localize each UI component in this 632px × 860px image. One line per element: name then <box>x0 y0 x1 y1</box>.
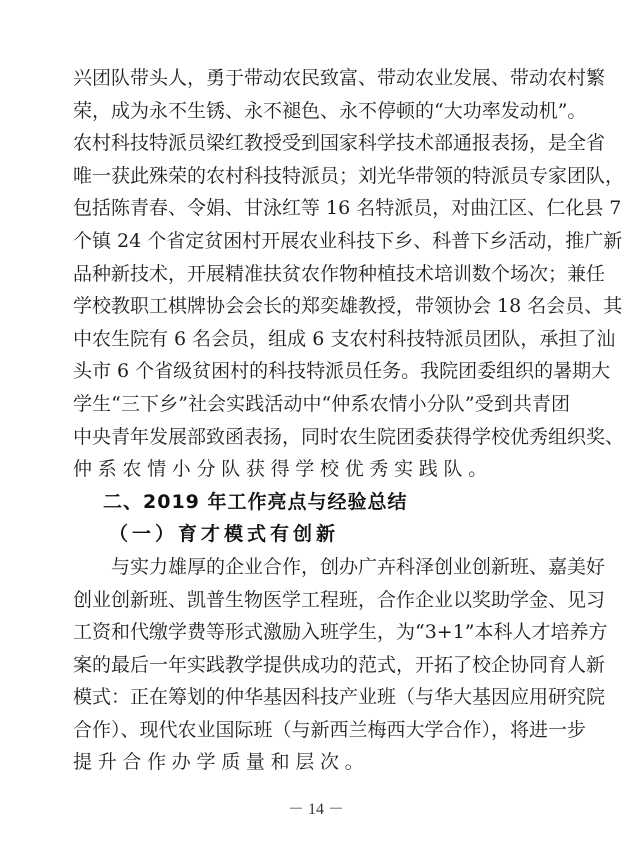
paragraph-talent-model: 与实力雄厚的企业合作，创办广卉科泽创业创新班、嘉美好 创业创新班、凯普生物医学工… <box>73 551 573 779</box>
text-line: 头市 6 个省级贫困村的科技特派员任务。我院团委组织的暑期大 <box>73 355 570 388</box>
text-line: 包括陈青春、令娟、甘泳红等 16 名特派员，对曲江区、仁化县 7 <box>73 192 570 225</box>
text-line: 创业创新班、凯普生物医学工程班，合作企业以奖助学金、见习 <box>73 584 570 617</box>
text-line: 唯一获此殊荣的农村科技特派员；刘光华带领的特派员专家团队， <box>73 160 570 193</box>
text-line: 与实力雄厚的企业合作，创办广卉科泽创业创新班、嘉美好 <box>73 551 570 584</box>
text-line: 提升合作办学质量和层次。 <box>73 746 570 779</box>
paragraph-achievements: 兴团队带头人，勇于带动农民致富、带动农业发展、带动农村繁 荣，成为永不生锈、永不… <box>73 62 573 486</box>
text-line: 兴团队带头人，勇于带动农民致富、带动农业发展、带动农村繁 <box>73 62 570 95</box>
document-page: 兴团队带头人，勇于带动农民致富、带动农业发展、带动农村繁 荣，成为永不生锈、永不… <box>73 62 573 779</box>
text-line: 中农生院有 6 名会员，组成 6 支农村科技特派员团队，承担了汕 <box>73 323 570 356</box>
text-line: 品种新技术，开展精准扶贫农作物种植技术培训数个场次；兼任 <box>73 258 570 291</box>
text-line: 个镇 24 个省定贫困村开展农业科技下乡、科普下乡活动，推广新 <box>73 225 570 258</box>
text-line: 农村科技特派员梁红教授受到国家科学技术部通报表扬，是全省 <box>73 127 570 160</box>
text-line: 合作）、现代农业国际班（与新西兰梅西大学合作），将进一步 <box>73 714 570 747</box>
text-line: 学校教职工棋牌协会会长的郑奕雄教授，带领协会 18 名会员、其 <box>73 290 570 323</box>
text-line: 仲系农情小分队获得学校优秀实践队。 <box>73 453 570 486</box>
text-line: 模式：正在筹划的仲华基因科技产业班（与华大基因应用研究院 <box>73 681 570 714</box>
text-line: 荣，成为永不生锈、永不褪色、永不停顿的“大功率发动机”。 <box>73 95 570 128</box>
section-heading: 二、2019 年工作亮点与经验总结 <box>73 486 573 519</box>
text-line: 案的最后一年实践教学提供成功的范式，开拓了校企协同育人新 <box>73 649 570 682</box>
text-line: 中央青年发展部致函表扬，同时农生院团委获得学校优秀组织奖、 <box>73 421 570 454</box>
subsection-heading: （一）育才模式有创新 <box>73 518 573 551</box>
text-line: 学生“三下乡”社会实践活动中“仲系农情小分队”受到共青团 <box>73 388 570 421</box>
page-number: － 14 － <box>0 796 632 819</box>
text-line: 工资和代缴学费等形式激励入班学生，为“3+1”本科人才培养方 <box>73 616 570 649</box>
